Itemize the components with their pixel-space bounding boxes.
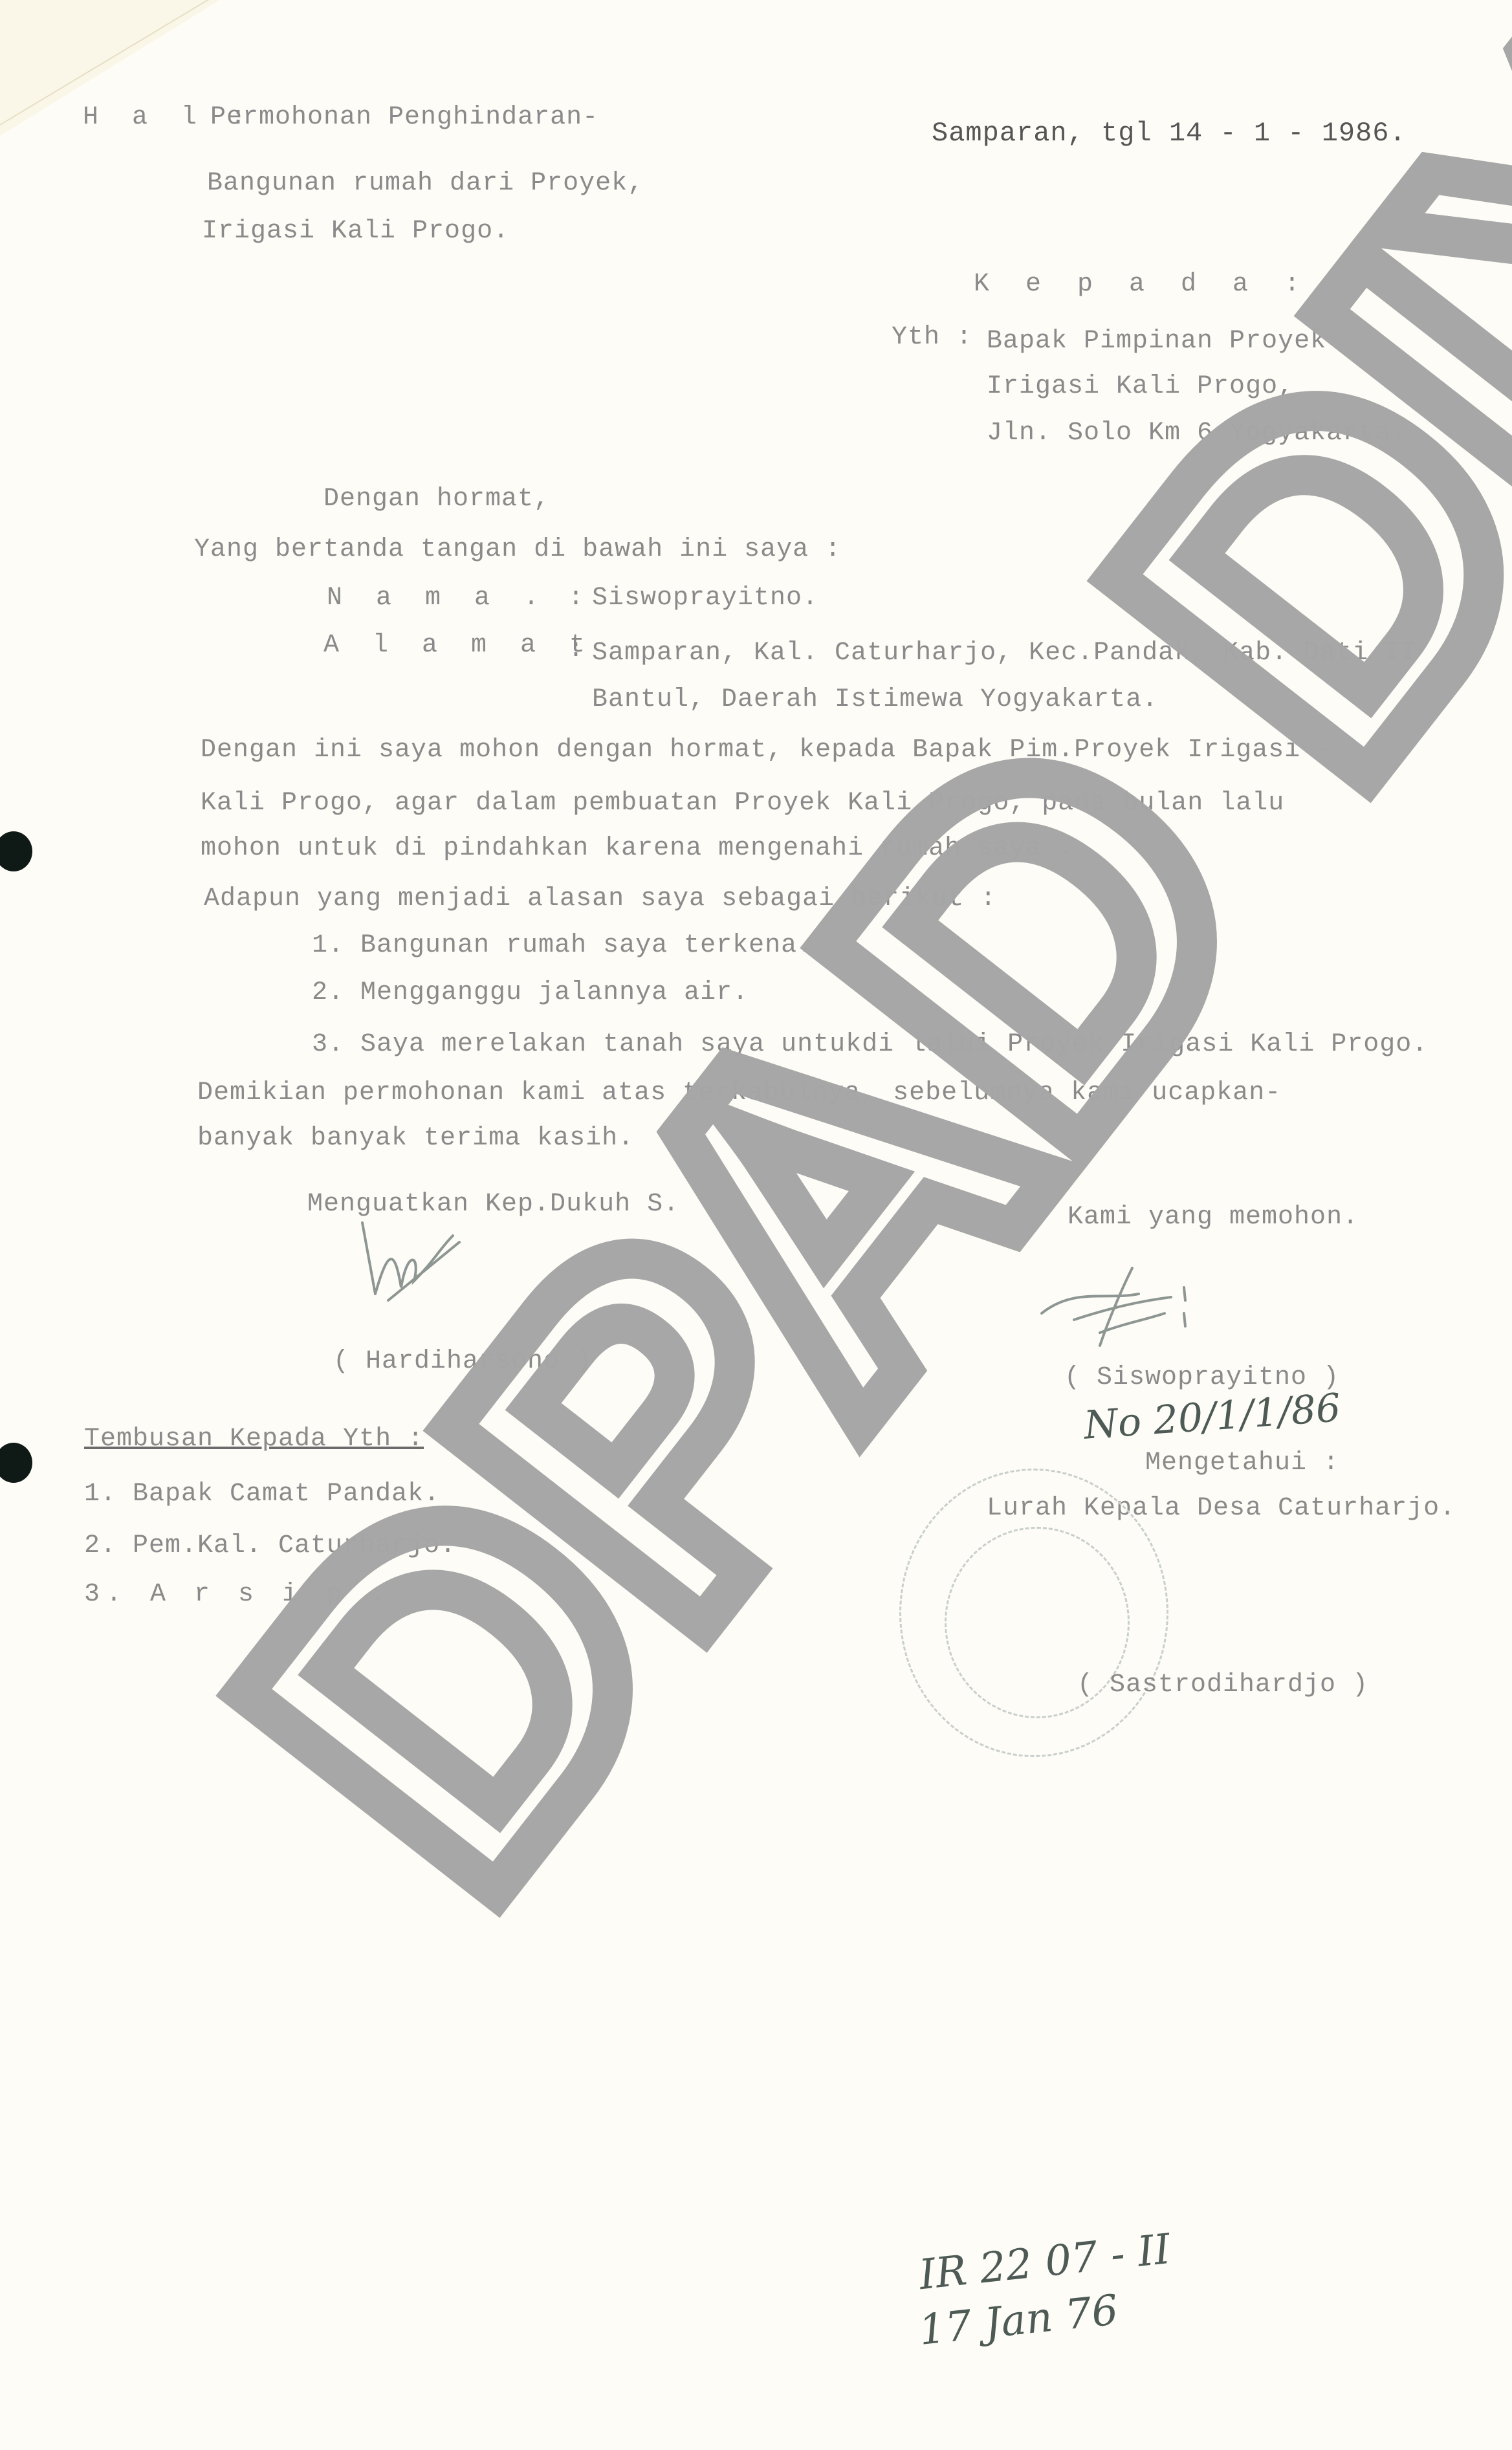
closing-line-2: banyak banyak terima kasih. [197, 1126, 634, 1152]
applicant-name: ( Siswoprayitno ) [1064, 1365, 1339, 1391]
body-line-2: Kali Progo, agar dalam pembuatan Proyek … [201, 791, 1284, 816]
cc-item-3: 3. A r s i p . [84, 1582, 392, 1608]
cc-item-2: 2. Pem.Kal. Caturharjo. [84, 1533, 456, 1559]
reason-2: 2. Mengganggu jalannya air. [312, 980, 749, 1006]
greeting: Dengan hormat, [323, 487, 550, 512]
applicant-signature [1035, 1262, 1229, 1352]
field-name-value: Siswoprayitno. [592, 585, 818, 611]
cc-title: Tembusan Kepada Yth : [84, 1427, 424, 1452]
reason-1: 1. Bangunan rumah saya terkena. [312, 933, 813, 959]
applicant-label: Kami yang memohon. [1068, 1205, 1359, 1230]
field-address-sep: : [568, 637, 584, 663]
recipient-yth-label: Yth : [892, 325, 972, 351]
subject-line-3: Irigasi Kali Progo. [202, 219, 509, 245]
recipient-line-2: Irigasi Kali Progo, [987, 374, 1294, 400]
body-line-3: mohon untuk di pindahkan karena mengenah… [201, 836, 1074, 862]
recipient-kepada: K e p a d a : [974, 272, 1310, 298]
punch-hole-bottom [0, 1443, 32, 1483]
place-date: Samparan, tgl 14 - 1 - 1986. [932, 120, 1407, 147]
field-name-sep: : [568, 585, 584, 611]
body-line-4: Adapun yang menjadi alasan saya sebagai … [204, 886, 996, 912]
intro-line: Yang bertanda tangan di bawah ini saya : [194, 537, 841, 563]
endorsement-name: ( Hardiharsono ) [333, 1349, 592, 1375]
closing-line-1: Demikian permohonan kami atas terkabulny… [197, 1080, 1281, 1106]
acknowledgement-label: Mengetahui : [1145, 1450, 1339, 1476]
subject-line-2: Bangunan rumah dari Proyek, [207, 171, 644, 197]
archive-annotation-line-1: IR 22 07 - II [917, 2226, 1173, 2299]
endorsement-signature [349, 1210, 492, 1313]
applicant-handwritten-number: No 20/1/1/86 [1082, 1385, 1342, 1449]
field-address-value-2: Bantul, Daerah Istimewa Yogyakarta. [592, 687, 1158, 713]
recipient-line-3: Jln. Solo Km 6 Yogyakarta. [987, 421, 1407, 446]
scanned-letter-page: H a l : Permohonan Penghindaran- Banguna… [0, 0, 1512, 2450]
recipient-line-1: Bapak Pimpinan Proyek [987, 329, 1326, 355]
field-address-label: A l a m a t [323, 633, 594, 659]
subject-line-1: Permohonan Penghindaran- [210, 105, 598, 131]
cc-item-1: 1. Bapak Camat Pandak. [84, 1482, 440, 1507]
acknowledgement-name: ( Sastrodihardjo ) [1077, 1672, 1368, 1698]
reason-3: 3. Saya merelakan tanah saya untukdi lal… [312, 1032, 1428, 1058]
punch-hole-top [0, 831, 32, 871]
body-line-1: Dengan ini saya mohon dengan hormat, kep… [201, 738, 1333, 763]
field-name-label: N a m a . [327, 585, 548, 611]
field-address-value: Samparan, Kal. Caturharjo, Kec.Pandak, K… [592, 640, 1417, 666]
